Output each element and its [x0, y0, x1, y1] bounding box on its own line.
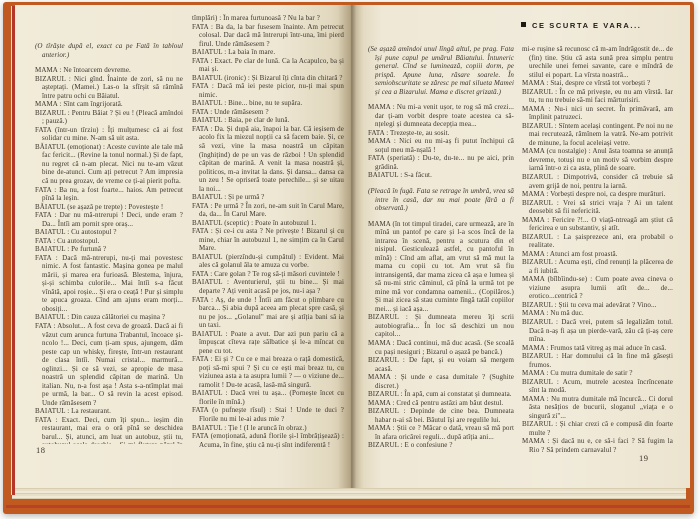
dialogue-line: MAMA : Nu-i nici un secret. În primăvară… [522, 105, 673, 122]
dialogue-line: MAMA (în tot timpul tiradei, care urmeaz… [368, 220, 514, 314]
dialogue-line: BIZARUL : La șaisprezece ani, era probab… [522, 233, 673, 250]
dialogue-line: BAIATUL : S-a făcut. [368, 171, 514, 180]
dialogue-line: tîmplări) : În marea furtunoasă ? Nu la … [192, 14, 344, 23]
dialogue-line: BIZARUL : Dimpotrivă, consider că trebui… [522, 173, 673, 190]
dialogue-line: BIZARUL : Vrei să strici vraja ? Ai un t… [522, 199, 673, 216]
right-page: CE SCURTA E VARA... (Se așază amîndoi un… [351, 5, 690, 488]
dialogue-line: BĂIATUL (se așază pe trepte) : Povesteșt… [35, 203, 183, 212]
dialogue-line: FATA : Ba nu, a fost foarte... haios. Am… [35, 186, 183, 203]
dialogue-line: BAIATUL : Baia, pe clar de lună. [192, 116, 344, 125]
stage-direction: (Pleacă în fugă. Fata se retrage în umbr… [368, 187, 514, 213]
dialogue-line: BIZARUL : Acuma ești, cînd renunți la pl… [522, 258, 673, 275]
dialogue-line: BĂIATUL (emoționat) : Aceste cuvinte ale… [35, 143, 183, 186]
dialogue-line: FATA (într-un tîrziu) : Îți mulțumesc că… [35, 126, 183, 143]
dialogue-line: BAIATUL : Bine... bine, nu te supăra. [192, 99, 344, 108]
dialogue-line: MAMA : Vorbești despre noi, ca despre mu… [522, 190, 673, 199]
dialogue-line: BIZARUL : În ce mă privește, eu nu am vî… [522, 88, 673, 105]
dialogue-line: BAIATUL : Cu autostopul ? [35, 228, 183, 237]
dialogue-line: BAIATUL : La restaurant. [35, 407, 183, 416]
dialogue-line: MAMA : Nu mă duc. [522, 309, 673, 318]
left-page: (O tîrăște după el, exact ca pe Fată în … [15, 5, 351, 488]
dialogue-line: BAIATUL : La baia în mare. [192, 48, 344, 57]
dialogue-line: FATA (o pufnește rîsul) : Stai ! Unde te… [192, 406, 344, 423]
page-number-right: 19 [639, 453, 649, 463]
dialogue-line: FATA : Și ce-i cu asta ? Ne privește ! B… [192, 227, 344, 253]
dialogue-line: BAIATUL (ironic) : Și Bizarul îți cînta … [192, 74, 344, 83]
dialogue-line: FATA : Trezește-te, au sosit. [368, 129, 514, 138]
dialogue-line: BIZARUL : Depinde de cine bea. Dumneata … [368, 407, 514, 424]
dialogue-line: BIZARUL : Și dumneata mereu îți scrii au… [368, 313, 514, 339]
left-page-column-1: (O tîrăște după el, exact ca pe Fată în … [35, 42, 183, 444]
dialogue-line: MAMA : Ne întoarcem devreme. [35, 66, 183, 75]
dialogue-line: FATA : Da. Și după aia, înapoi la bar. C… [192, 125, 344, 193]
dialogue-line: FATA : Dacă mă-ntrerupi, nu-ți mai poves… [35, 254, 183, 314]
dialogue-line: FATA : Unde rămăsesem ? [192, 108, 344, 117]
dialogue-line: FATA : Ba da, la bar fusesem înainte. Am… [192, 23, 344, 49]
dialogue-line: BIZARUL : De fapt, și eu voiam să mergem… [368, 356, 514, 373]
left-page-column-2: tîmplări) : În marea furtunoasă ? Nu la … [192, 14, 344, 484]
dialogue-line: MAMA : Știi ce ? Măcar o dată, vreau să … [368, 424, 514, 441]
dialogue-line: MAMA : Fericire ?!... O viață-ntreagă am… [522, 216, 673, 233]
dialogue-line: FATA : Care golan ? Te rog să-ți măsori … [192, 270, 344, 279]
dialogue-line: MAMA (cu nostalgie) : Anul ăsta toamna s… [522, 147, 673, 173]
dialogue-line: BAIATUL : Și pe urmă ? [192, 193, 344, 202]
dialogue-line: FATA : Aș, de unde ! Întîi am făcut o pl… [192, 296, 344, 330]
dialogue-line: FATA : Absolut... A fost ceva de groază.… [35, 322, 183, 407]
page-number-left: 18 [36, 445, 46, 455]
dialogue-line: MAMA : Atunci am fost proastă. [522, 250, 673, 259]
dialogue-line: BAIATUL : Poate a avut. Dar azi pun pari… [192, 330, 344, 356]
dialogue-line: BAIATUL : Pe furtună ? [35, 245, 183, 254]
right-page-column-1: (Se așază amîndoi unul lîngă altul, pe p… [368, 45, 514, 449]
chapter-header: CE SCURTA E VARA... [521, 21, 681, 30]
dialogue-line: FATA : Exact. Deci, cum îți spun... ieși… [35, 416, 183, 444]
dialogue-line: FATA : Dar nu mă-ntrerupi ! Deci, unde e… [35, 211, 183, 228]
dialogue-line: MAMA : Frumos tată vitreg aș mai aduce î… [522, 344, 673, 353]
dialogue-line: FATA : Ei și ? Cu ce e mai breaza o rață… [192, 355, 344, 389]
dialogue-line: FATA : Pe urmă ? În zori, ne-am suit în … [192, 202, 344, 219]
dialogue-line: FATA : Cu autostopul. [35, 237, 183, 246]
dialogue-line: FATA : Dacă mă iei peste picior, nu-ți m… [192, 82, 344, 99]
dialogue-line: MAMA : Nu mutra dumitale mă încurcă... C… [522, 395, 673, 421]
dialogue-line: BIZARUL : Pentru Băiat ? Și eu ! (Pleacă… [35, 109, 183, 126]
dialogue-line: FATA (speriată) : Du-te, du-te... nu pe … [368, 154, 514, 171]
section-bullet-icon [521, 22, 526, 27]
dialogue-line: MAMA (bîlbîindu-se) : Cum poate avea cin… [522, 275, 673, 301]
stage-direction: (Se așază amîndoi unul lîngă altul, pe p… [368, 45, 514, 96]
chapter-title: CE SCURTA E VARA... [532, 21, 641, 30]
right-page-column-2: mi-e rușine să recunosc că m-am îndrăgos… [522, 45, 673, 453]
dialogue-line: FATA : Exact. Pe clar de lună. Ca la Aca… [192, 57, 344, 74]
dialogue-line: BIZARUL : Și chiar crezi că e compusă di… [522, 420, 673, 437]
stage-direction: (O tîrăște după el, exact ca pe Fată în … [35, 42, 183, 59]
dialogue-line: BAIATUL : Din cauza călătoriei cu mașina… [35, 313, 183, 322]
dialogue-line: FATA (emoționată, adună florile și-l îmb… [192, 432, 344, 449]
dialogue-line: BIZARUL : Nici gînd. Înainte de zori, să… [35, 75, 183, 101]
dialogue-line: MAMA : Cred că pentru astăzi am băut des… [368, 399, 514, 408]
dialogue-line: BAIATUL : Aventurierul, știi tu bine... … [192, 278, 344, 295]
dialogue-line: BIZARUL : Acum, mutrele acestea încrînce… [522, 378, 673, 395]
dialogue-line: BIZARUL : Har domnului că în fine mă găs… [522, 352, 673, 369]
dialogue-line: MAMA : Și unde e casa dumitale ? (Sughit… [368, 373, 514, 390]
book-cover-bottom-edge [6, 505, 690, 508]
book-scan: (O tîrăște după el, exact ca pe Fată în … [0, 0, 700, 519]
dialogue-line: mi-e rușine să recunosc că m-am îndrăgos… [522, 45, 673, 79]
dialogue-line: BAIATUL : Ție ! (I le aruncă în obraz.) [192, 424, 344, 433]
dialogue-line: MAMA : Sînt cam îngrijorată. [35, 100, 183, 109]
dialogue-line: BIZARUL : E o confesiune ? [368, 441, 514, 449]
dialogue-line: MAMA : Dacă continui, mă duc acasă. (Se … [368, 339, 514, 356]
dialogue-line: MAMA : Stai, despre ce vîrstă tot vorbeș… [522, 79, 673, 88]
dialogue-line: MAMA : Cu mutra dumitale de satir ? [522, 369, 673, 378]
dialogue-line: BAIATUL (sceptic) : Poate în autobuzul 1… [192, 219, 344, 228]
dialogue-line: MAMA : Nici eu nu mi-aș fi putut închipu… [368, 137, 514, 154]
dialogue-line: BIZARUL : Sîntem același contingent. Pe … [522, 122, 673, 148]
dialogue-line: MAMA : Și dacă nu e, ce să-i faci ? Să f… [522, 437, 673, 453]
dialogue-line: BIZARUL : În apă, cum ai constatat și du… [368, 390, 514, 399]
dialogue-line: BIZARUL : Știi tu ceva mai adevărat ? Vi… [522, 301, 673, 310]
dialogue-line: BIZARUL : Dacă vrei, putem să legalizăm … [522, 318, 673, 344]
dialogue-line: MAMA : Nu mi-a venit ușor, te rog să mă … [368, 103, 514, 129]
dialogue-line: BAIATUL (pierzîndu-și cumpătul) : Eviden… [192, 253, 344, 270]
dialogue-line: BAIATUL : Dacă vrei tu așa... (Pornește … [192, 389, 344, 406]
